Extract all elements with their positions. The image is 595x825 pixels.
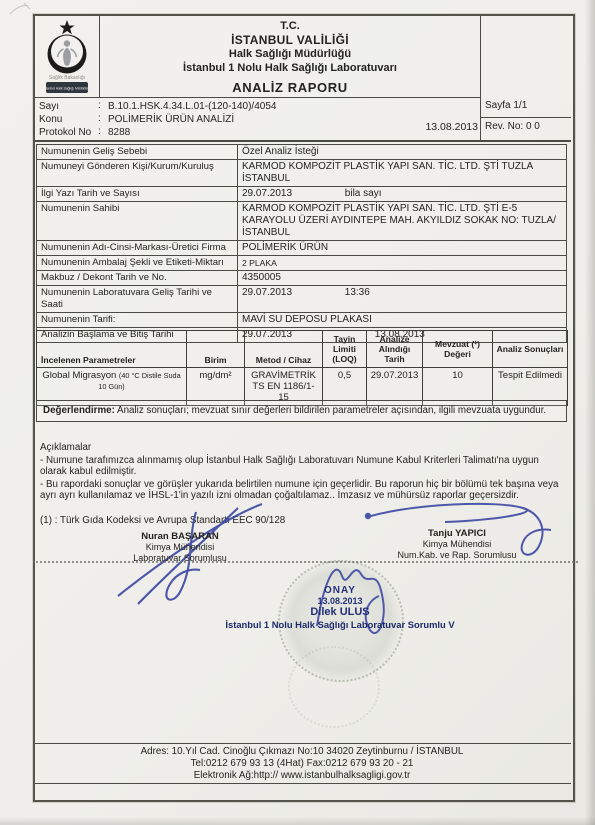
info-value: POLİMERİK ÜRÜN <box>238 241 567 256</box>
info-label: Numunenin Sahibi <box>37 202 238 241</box>
header-bottom-rule <box>35 97 480 98</box>
notes-title: Açıklamalar <box>40 442 564 454</box>
round-stamp-faint-icon <box>288 646 380 728</box>
report-title: ANALİZ RAPORU <box>100 80 480 95</box>
table-row: Makbuz / Dekont Tarih ve No. 4350005 <box>37 271 567 286</box>
logo-subcaption: İstanbul Halk Sağlığı Müdürlüğü <box>43 85 91 90</box>
info-label: Numunenin Laboratuvara Geliş Tarihi ve S… <box>37 286 238 313</box>
table-row: Numunenin Ambalaj Şekli ve Etiketi-Mikta… <box>37 256 567 271</box>
footer-contact: Adres: 10.Yıl Cad. Cinoğlu Çıkmazı No:10… <box>33 746 571 782</box>
star-icon <box>60 20 75 34</box>
protokol-value: 8288 <box>108 126 130 139</box>
info-label: Numuneyi Gönderen Kişi/Kurum/Kuruluş <box>37 160 238 187</box>
info-value-date: 29.07.2013 <box>242 188 342 200</box>
table-row: Numunenin Laboratuvara Geliş Tarihi ve S… <box>37 286 567 313</box>
notes-reference: (1) : Türk Gıda Kodeksi ve Avrupa Standa… <box>40 515 564 527</box>
scan-edge-shadow-right <box>585 0 595 825</box>
col-header-unit: Birim <box>187 331 245 368</box>
col-header-method: Metod / Cihaz <box>245 331 323 368</box>
table-row: Numunenin Adı-Cinsi-Markası-Üretici Firm… <box>37 241 567 256</box>
konu-label: Konu <box>39 113 62 126</box>
info-value-extra: bila sayı <box>345 188 382 200</box>
perforation-dotted-line <box>33 561 578 563</box>
konu-value: POLİMERİK ÜRÜN ANALİZİ <box>108 113 234 126</box>
info-label: Numunenin Geliş Sebebi <box>37 145 238 160</box>
revision-number: Rev. No: 0 0 <box>485 121 540 132</box>
col-header-loq: Tayin Limiti (LOQ) <box>323 331 367 368</box>
approval-label: ONAY <box>205 585 475 596</box>
info-label: Numunenin Ambalaj Şekli ve Etiketi-Mikta… <box>37 256 238 271</box>
col-header-analysis-date: Analize Alındığı Tarih <box>367 331 423 368</box>
sayi-label: Sayı <box>39 100 59 113</box>
signatory-left-title-1: Kimya Mühendisi <box>100 542 260 553</box>
notes-item-2: - Bu rapordaki sonuçlar ve görüşler yuka… <box>40 479 564 502</box>
sayi-value: B.10.1.HSK.4.34.L.01-(120-140)/4054 <box>108 100 276 113</box>
info-value: Özel Analiz İsteği <box>238 145 567 160</box>
info-value: KARMOD KOMPOZİT PLASTİK YAPI SAN. TİC. L… <box>238 202 567 241</box>
info-label: Numunenin Tarifi: <box>37 313 238 328</box>
analysis-header-row: İncelenen Parametreler Birim Metod / Cih… <box>37 331 568 368</box>
report-date: 13.08.2013 <box>412 121 478 133</box>
header-right-divider <box>480 16 481 140</box>
col-header-result: Analiz Sonuçları <box>493 331 568 368</box>
scan-edge-shadow-bottom <box>0 817 595 825</box>
info-label: Makbuz / Dekont Tarih ve No. <box>37 271 238 286</box>
ministry-of-health-logo-icon: Sağlık Bakanlığı İstanbul Halk Sağlığı M… <box>38 18 96 96</box>
signatory-left: Nuran BAŞARAN Kimya Mühendisi Laboratuva… <box>100 531 260 563</box>
table-row: Numuneyi Gönderen Kişi/Kurum/Kuruluş KAR… <box>37 160 567 187</box>
ministry-logo-cell: Sağlık Bakanlığı İstanbul Halk Sağlığı M… <box>35 16 100 97</box>
approval-title: İstanbul 1 Nolu Halk Sağlığı Laboratuvar… <box>205 619 475 630</box>
scanned-report-page: Sağlık Bakanlığı İstanbul Halk Sağlığı M… <box>0 0 595 825</box>
info-value: 4350005 <box>238 271 567 286</box>
signatory-right: Tanju YAPICI Kimya Mühendisi Num.Kab. ve… <box>372 528 542 560</box>
info-label: Numunenin Adı-Cinsi-Markası-Üretici Firm… <box>37 241 238 256</box>
evaluation-box: Değerlendirme: Analiz sonuçları; mevzuat… <box>36 400 567 422</box>
footer-phone: Tel:0212 679 93 13 (4Hat) Fax:0212 679 9… <box>33 758 571 770</box>
sayfa-rev-divider <box>480 117 571 118</box>
footer-web: Elektronik Ağ:http:// www.istanbulhalksa… <box>33 770 571 782</box>
approval-date: 13.08.2013 <box>205 596 475 606</box>
evaluation-label: Değerlendirme: <box>43 405 115 416</box>
table-row: İlgi Yazı Tarih ve Sayısı 29.07.2013 bil… <box>37 187 567 202</box>
info-value-extra: 13:36 <box>345 287 370 299</box>
info-value: 29.07.2013 bila sayı <box>238 187 567 202</box>
evaluation-text: Analiz sonuçları; mevzuat sınır değerler… <box>115 405 546 416</box>
footer-bottom-rule <box>35 783 571 784</box>
info-label: İlgi Yazı Tarih ve Sayısı <box>37 187 238 202</box>
letterhead-line-3: Halk Sağlığı Müdürlüğü <box>100 47 480 61</box>
signatory-right-title-1: Kimya Mühendisi <box>372 539 542 550</box>
logo-caption: Sağlık Bakanlığı <box>49 75 85 81</box>
table-row: Numunenin Sahibi KARMOD KOMPOZİT PLASTİK… <box>37 202 567 241</box>
col-header-parameter: İncelenen Parametreler <box>37 331 187 368</box>
info-value-date: 29.07.2013 <box>242 287 342 299</box>
info-value: MAVİ SU DEPOSU PLAKASI <box>238 313 567 328</box>
analysis-results-table: İncelenen Parametreler Birim Metod / Cih… <box>36 330 568 406</box>
footer-top-rule <box>35 743 571 744</box>
info-value: 2 PLAKA <box>238 256 567 271</box>
letterhead-line-2: İSTANBUL VALİLİĞİ <box>100 33 480 47</box>
sayi-colon: : <box>98 100 101 111</box>
signatory-right-title-2: Num.Kab. ve Rap. Sorumlusu <box>372 550 542 561</box>
notes-item-1: - Numune tarafımızca alınmamış olup İsta… <box>40 455 564 478</box>
letterhead-line-1: T.C. <box>100 20 480 33</box>
signatory-right-name: Tanju YAPICI <box>372 528 542 539</box>
sample-info-table: Numunenin Geliş Sebebi Özel Analiz İsteğ… <box>36 144 567 343</box>
approval-block: ONAY 13.08.2013 Dilek ULUS İstanbul 1 No… <box>205 585 475 630</box>
method-line-1: GRAVİMETRİK <box>248 370 319 381</box>
col-header-regulation: Mevzuat (¹) Değeri <box>423 331 493 368</box>
approval-name: Dilek ULUS <box>205 606 475 619</box>
konu-colon: : <box>98 113 101 124</box>
letterhead-line-4: İstanbul 1 Nolu Halk Sağlığı Laboratuvar… <box>100 61 480 75</box>
page-number: Sayfa 1/1 <box>485 100 527 111</box>
notes-section: Açıklamalar - Numune tarafımızca alınmam… <box>40 442 564 526</box>
letterhead: T.C. İSTANBUL VALİLİĞİ Halk Sağlığı Müdü… <box>100 16 480 97</box>
table-row: Numunenin Tarifi: MAVİ SU DEPOSU PLAKASI <box>37 313 567 328</box>
protokol-colon: : <box>98 126 101 137</box>
info-value: KARMOD KOMPOZİT PLASTİK YAPI SAN. TİC. L… <box>238 160 567 187</box>
parameter-name: Global Migrasyon <box>42 370 116 381</box>
footer-address: Adres: 10.Yıl Cad. Cinoğlu Çıkmazı No:10… <box>33 746 571 758</box>
table-row: Numunenin Geliş Sebebi Özel Analiz İsteğ… <box>37 145 567 160</box>
meta-bottom-rule <box>35 140 571 142</box>
signatory-left-name: Nuran BAŞARAN <box>100 531 260 542</box>
protokol-label: Protokol No <box>39 126 91 139</box>
info-value: 29.07.2013 13:36 <box>238 286 567 313</box>
